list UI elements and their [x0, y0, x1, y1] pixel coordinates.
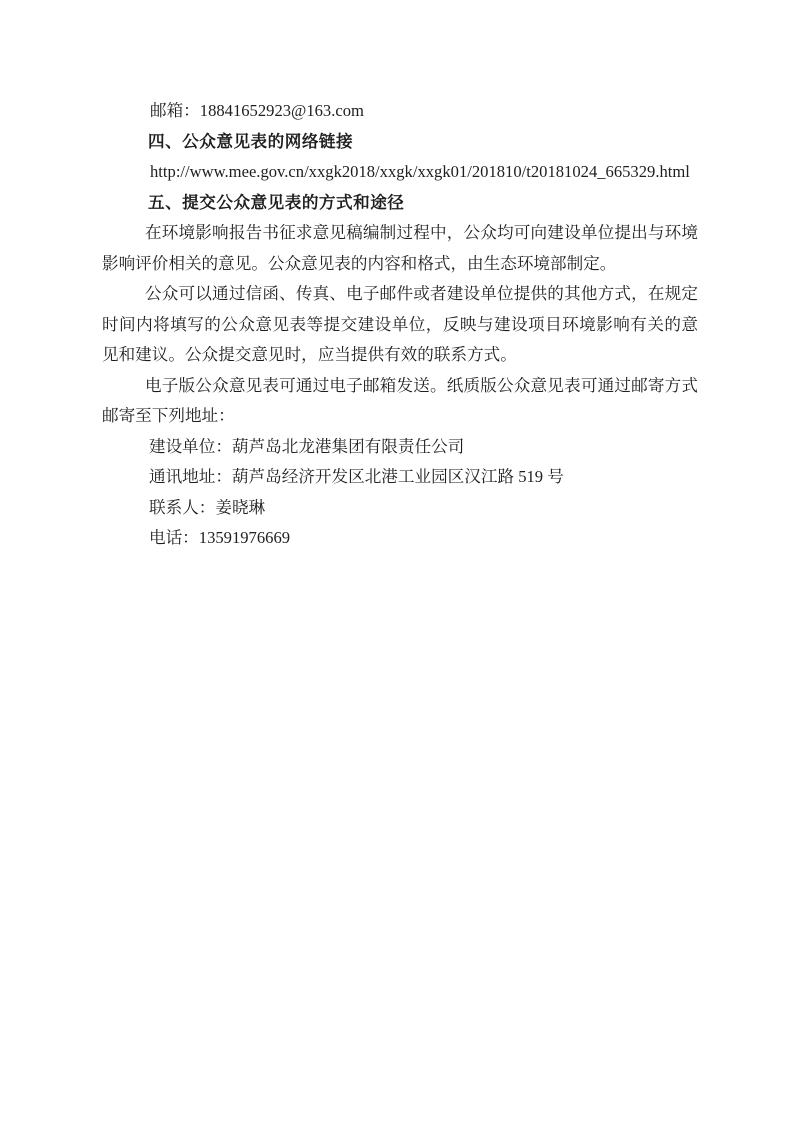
construction-unit-line: 建设单位：葫芦岛北龙港集团有限责任公司: [102, 432, 698, 463]
paragraph-submission-methods: 公众可以通过信函、传真、电子邮件或者建设单位提供的其他方式，在规定时间内将填写的…: [102, 279, 698, 371]
mailing-address-line: 通讯地址：葫芦岛经济开发区北港工业园区汉江路 519 号: [102, 462, 698, 493]
contact-person-line: 联系人：姜晓琳: [102, 493, 698, 524]
email-line: 邮箱：18841652923@163.com: [102, 96, 698, 127]
document-content: 邮箱：18841652923@163.com 四、公众意见表的网络链接 http…: [102, 96, 698, 554]
section-five-heading: 五、提交公众意见表的方式和途径: [102, 188, 698, 219]
section-four-heading: 四、公众意见表的网络链接: [102, 127, 698, 158]
paragraph-mailing-instructions: 电子版公众意见表可通过电子邮箱发送。纸质版公众意见表可通过邮寄方式邮寄至下列地址…: [102, 371, 698, 432]
public-comment-form-url: http://www.mee.gov.cn/xxgk2018/xxgk/xxgk…: [102, 157, 698, 188]
paragraph-comment-process: 在环境影响报告书征求意见稿编制过程中，公众均可向建设单位提出与环境影响评价相关的…: [102, 218, 698, 279]
phone-line: 电话：13591976669: [102, 523, 698, 554]
document-page: 邮箱：18841652923@163.com 四、公众意见表的网络链接 http…: [0, 0, 800, 1132]
